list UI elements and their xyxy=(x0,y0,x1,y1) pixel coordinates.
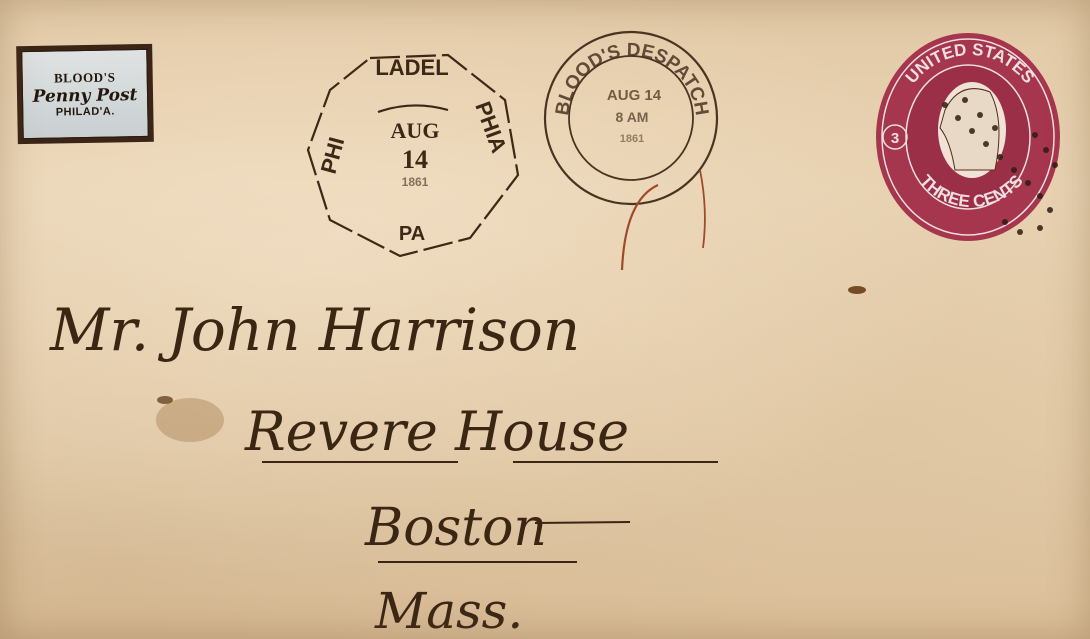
ink-spot xyxy=(848,286,866,294)
postmark-day: 14 xyxy=(402,145,428,174)
stain xyxy=(156,398,224,442)
address-line-1: Mr. John Harrison xyxy=(49,296,580,364)
postmark-arc-top: LADEL xyxy=(375,55,448,80)
ring-time: 8 AM xyxy=(616,109,649,125)
postmark-state: PA xyxy=(399,223,425,245)
address-line-2: Revere House xyxy=(244,400,629,463)
postmark-month: AUG xyxy=(391,118,440,143)
embossed-3-cent-stamp: 3 UNITED STATES THREE CENTS xyxy=(876,33,1060,241)
postmark-arc-left: PHI xyxy=(316,134,350,176)
address-line-4: Mass. xyxy=(374,582,523,639)
envelope: BLOOD'S Penny Post PHILAD'A. LADEL PHI P… xyxy=(0,0,1090,639)
circular-postmark: BLOOD'S DESPATCH AUG 14 8 AM 1861 xyxy=(545,32,717,270)
ring-month-day: AUG 14 xyxy=(607,87,662,104)
address-line-3: Boston xyxy=(364,498,547,558)
postmark-year: 1861 xyxy=(402,175,429,189)
address-block: Mr. John Harrison Revere House Boston Ma… xyxy=(49,296,718,639)
envelope-markings: LADEL PHI PHIA AUG 14 1861 PA BLOOD'S DE… xyxy=(0,0,1090,639)
ring-date: 1861 xyxy=(620,133,644,145)
stain-dot xyxy=(157,396,173,404)
stamp-value: 3 xyxy=(891,130,899,147)
